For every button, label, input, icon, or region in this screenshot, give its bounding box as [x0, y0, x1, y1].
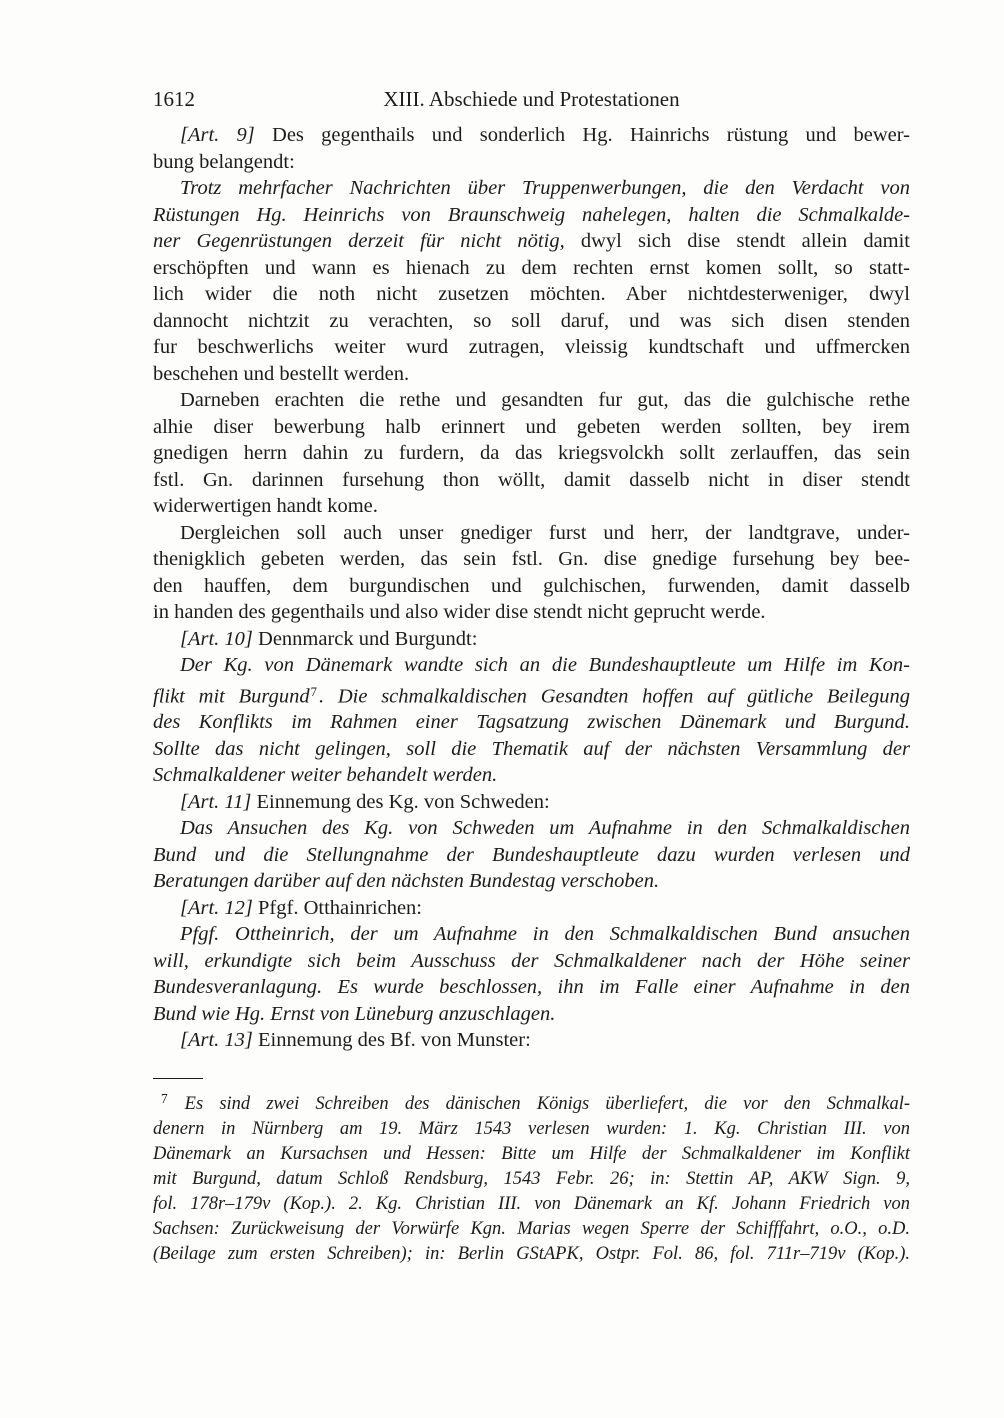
page-header: 1612 XIII. Abschiede und Protestationen — [153, 86, 910, 112]
paragraph: Pfgf. Ottheinrich, der um Aufnahme in de… — [153, 921, 910, 1027]
text-segment: Trotz mehrfacher Nachrichten über Truppe… — [180, 177, 910, 199]
text-segment: Einnemung des Bf. von Munster: — [253, 1029, 531, 1051]
text-segment: dannocht nichtzit zu verachten, so soll … — [153, 310, 910, 332]
text-segment: flikt mit Burgund — [153, 685, 310, 707]
book-page: 1612 XIII. Abschiede und Protestationen … — [0, 0, 1004, 1418]
text-line: Pfgf. Ottheinrich, der um Aufnahme in de… — [153, 921, 910, 948]
text-line: in handen des gegenthails und also wider… — [153, 599, 910, 626]
text-line: ner Gegenrüstungen derzeit für nicht nöt… — [153, 228, 910, 255]
text-segment: . Die schmalkaldischen Gesandten hoffen … — [319, 685, 910, 707]
text-line: [Art. 10] Dennmarck und Burgundt: — [153, 626, 910, 653]
text-line: mit Burgund, datum Schloß Rendsburg, 154… — [153, 1167, 910, 1192]
page-number: 1612 — [153, 86, 195, 112]
text-line: will, erkundigte sich beim Ausschuss der… — [153, 948, 910, 975]
footnote: 7Es sind zwei Schreiben des dänischen Kö… — [153, 1086, 910, 1267]
text-segment: Der Kg. von Dänemark wandte sich an die … — [180, 654, 910, 676]
footnote-separator — [153, 1078, 203, 1079]
text-segment: mit Burgund, datum Schloß Rendsburg, 154… — [153, 1169, 910, 1189]
running-title: XIII. Abschiede und Protestationen — [153, 86, 910, 112]
text-segment: [Art. 11] — [180, 791, 251, 813]
text-line: Darneben erachten die rethe und gesandte… — [153, 387, 910, 414]
text-line: flikt mit Burgund7. Die schmalkaldischen… — [153, 679, 910, 710]
body-text: [Art. 9] Des gegenthails und sonderlich … — [153, 122, 910, 1054]
text-line: [Art. 13] Einnemung des Bf. von Munster: — [153, 1027, 910, 1054]
text-line: [Art. 9] Des gegenthails und sonderlich … — [153, 122, 910, 149]
text-segment: fstl. Gn. darinnen fursehung thon wöllt,… — [153, 469, 910, 491]
text-line: Dergleichen soll auch unser gnediger fur… — [153, 520, 910, 547]
text-segment: [Art. 13] — [180, 1029, 253, 1051]
text-line: Bundesveranlagung. Es wurde beschlossen,… — [153, 974, 910, 1001]
text-segment: Es sind zwei Schreiben des dänischen Kön… — [185, 1094, 910, 1114]
text-segment: Einnemung des Kg. von Schweden: — [251, 791, 549, 813]
text-line: Dänemark an Kursachsen und Hessen: Bitte… — [153, 1142, 910, 1167]
text-line: 7Es sind zwei Schreiben des dänischen Kö… — [153, 1086, 910, 1117]
text-line: Das Ansuchen des Kg. von Schweden um Auf… — [153, 815, 910, 842]
text-line: den hauffen, dem burgundischen und gulch… — [153, 573, 910, 600]
text-line: widerwertigen handt kome. — [153, 493, 910, 520]
text-segment: den hauffen, dem burgundischen und gulch… — [153, 575, 910, 597]
text-segment: Dergleichen soll auch unser gnediger fur… — [180, 522, 910, 544]
text-line: Rüstungen Hg. Heinrichs von Braunschweig… — [153, 202, 910, 229]
paragraph: Darneben erachten die rethe und gesandte… — [153, 387, 910, 520]
text-line: [Art. 11] Einnemung des Kg. von Schweden… — [153, 789, 910, 816]
text-line: dannocht nichtzit zu verachten, so soll … — [153, 308, 910, 335]
text-line: [Art. 12] Pfgf. Otthainrichen: — [153, 895, 910, 922]
text-segment: [Art. 12] — [180, 897, 253, 919]
text-segment: bung belangendt: — [153, 151, 295, 173]
paragraph: [Art. 12] Pfgf. Otthainrichen: — [153, 895, 910, 922]
paragraph: Das Ansuchen des Kg. von Schweden um Auf… — [153, 815, 910, 895]
paragraph: [Art. 11] Einnemung des Kg. von Schweden… — [153, 789, 910, 816]
text-segment: lich wider die noth nicht zusetzen möcht… — [153, 283, 910, 305]
text-segment: Das Ansuchen des Kg. von Schweden um Auf… — [180, 817, 910, 839]
text-line: gnedigen herrn dahin zu furdern, da das … — [153, 440, 910, 467]
paragraph: Dergleichen soll auch unser gnediger fur… — [153, 520, 910, 626]
text-segment: alhie diser bewerbung halb erinnert und … — [153, 416, 910, 438]
text-line: Beratungen darüber auf den nächsten Bund… — [153, 868, 910, 895]
text-line: Bund wie Hg. Ernst von Lüneburg anzuschl… — [153, 1001, 910, 1028]
text-segment: Sollte das nicht gelingen, soll die Them… — [153, 738, 910, 760]
paragraph: [Art. 9] Des gegenthails und sonderlich … — [153, 122, 910, 175]
text-segment: des Konflikts im Rahmen einer Tagsatzung… — [153, 711, 910, 733]
text-line: fol. 178r–179v (Kop.). 2. Kg. Christian … — [153, 1192, 910, 1217]
text-line: denern in Nürnberg am 19. März 1543 verl… — [153, 1117, 910, 1142]
footnote-marker: 7 — [161, 1091, 168, 1106]
text-line: lich wider die noth nicht zusetzen möcht… — [153, 281, 910, 308]
text-line: Bund und die Stellungnahme der Bundeshau… — [153, 842, 910, 869]
text-line: fur beschwerlichs weiter wurd zutragen, … — [153, 334, 910, 361]
text-segment: [Art. 10] — [180, 628, 253, 650]
text-segment: Des gegenthails und sonderlich Hg. Hainr… — [255, 124, 910, 146]
text-segment: Sachsen: Zurückweisung der Vorwürfe Kgn.… — [153, 1219, 910, 1239]
text-line: Der Kg. von Dänemark wandte sich an die … — [153, 652, 910, 679]
text-segment: dwyl sich dise stendt allein damit — [565, 230, 910, 252]
text-line: beschehen und bestellt werden. — [153, 361, 910, 388]
text-line: bung belangendt: — [153, 149, 910, 176]
text-segment: Pfgf. Ottheinrich, der um Aufnahme in de… — [180, 923, 910, 945]
text-segment: Bund und die Stellungnahme der Bundeshau… — [153, 844, 910, 866]
text-segment: Bundesveranlagung. Es wurde beschlossen,… — [153, 976, 910, 998]
text-segment: Beratungen darüber auf den nächsten Bund… — [153, 870, 659, 892]
text-segment: [Art. 9] — [180, 124, 255, 146]
text-segment: in handen des gegenthails und also wider… — [153, 601, 766, 623]
text-segment: erschöpften und wann es hienach zu dem r… — [153, 257, 910, 279]
text-segment: Darneben erachten die rethe und gesandte… — [180, 389, 910, 411]
text-line: Sollte das nicht gelingen, soll die Them… — [153, 736, 910, 763]
text-segment: fur beschwerlichs weiter wurd zutragen, … — [153, 336, 910, 358]
text-line: fstl. Gn. darinnen fursehung thon wöllt,… — [153, 467, 910, 494]
text-line: Sachsen: Zurückweisung der Vorwürfe Kgn.… — [153, 1217, 910, 1242]
text-segment: Pfgf. Otthainrichen: — [253, 897, 422, 919]
text-line: erschöpften und wann es hienach zu dem r… — [153, 255, 910, 282]
paragraph: [Art. 13] Einnemung des Bf. von Munster: — [153, 1027, 910, 1054]
text-line: Trotz mehrfacher Nachrichten über Truppe… — [153, 175, 910, 202]
paragraph: Trotz mehrfacher Nachrichten über Truppe… — [153, 175, 910, 387]
text-line: thenigklich gebeten werden, das sein fst… — [153, 546, 910, 573]
text-segment: will, erkundigte sich beim Ausschuss der… — [153, 950, 910, 972]
text-segment: Bund wie Hg. Ernst von Lüneburg anzuschl… — [153, 1003, 555, 1025]
text-segment: Dennmarck und Burgundt: — [253, 628, 478, 650]
text-segment: fol. 178r–179v (Kop.). 2. Kg. Christian … — [153, 1194, 910, 1214]
text-segment: widerwertigen handt kome. — [153, 495, 378, 517]
text-segment: Dänemark an Kursachsen und Hessen: Bitte… — [153, 1144, 910, 1164]
text-segment: Rüstungen Hg. Heinrichs von Braunschweig… — [153, 204, 910, 226]
text-segment: gnedigen herrn dahin zu furdern, da das … — [153, 442, 910, 464]
text-segment: denern in Nürnberg am 19. März 1543 verl… — [153, 1119, 910, 1139]
text-line: des Konflikts im Rahmen einer Tagsatzung… — [153, 709, 910, 736]
footnote-reference: 7 — [311, 685, 317, 699]
text-segment: thenigklich gebeten werden, das sein fst… — [153, 548, 910, 570]
text-line: alhie diser bewerbung halb erinnert und … — [153, 414, 910, 441]
paragraph: [Art. 10] Dennmarck und Burgundt: — [153, 626, 910, 653]
text-segment: beschehen und bestellt werden. — [153, 363, 409, 385]
paragraph: Der Kg. von Dänemark wandte sich an die … — [153, 652, 910, 789]
text-line: Schmalkaldener weiter behandelt werden. — [153, 762, 910, 789]
text-segment: Schmalkaldener weiter behandelt werden. — [153, 764, 497, 786]
text-segment: ner Gegenrüstungen derzeit für nicht nöt… — [153, 230, 565, 252]
text-line: (Beilage zum ersten Schreiben); in: Berl… — [153, 1242, 910, 1267]
text-segment: (Beilage zum ersten Schreiben); in: Berl… — [153, 1244, 910, 1264]
